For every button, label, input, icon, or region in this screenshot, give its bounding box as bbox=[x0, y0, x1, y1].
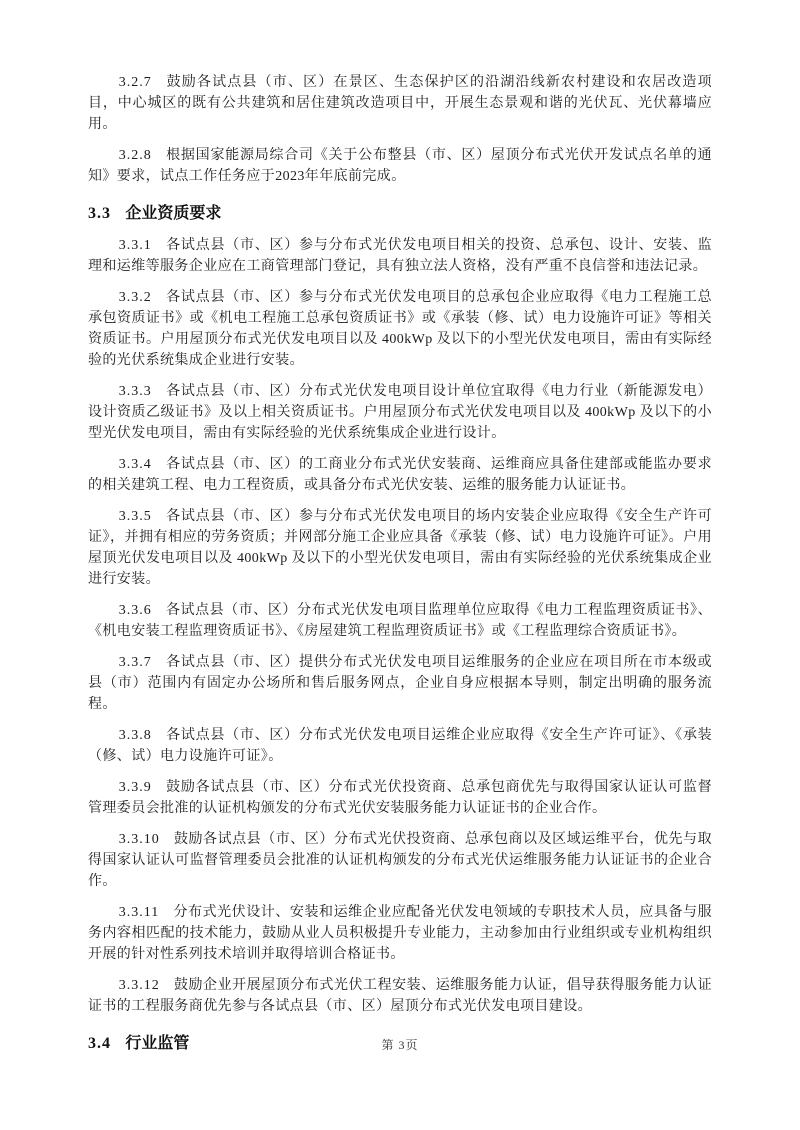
paragraph-3-3-4: 3.3.4各试点县（市、区）的工商业分布式光伏安装商、运维商应具备住建部或能监办… bbox=[88, 454, 712, 496]
section-number: 3.3.2 bbox=[119, 290, 152, 305]
paragraph-text: 各试点县（市、区）参与分布式光伏发电项目的总承包企业应取得《电力工程施工总承包资… bbox=[88, 290, 712, 368]
section-number: 3.3.7 bbox=[119, 655, 152, 670]
paragraph-3-3-5: 3.3.5各试点县（市、区）参与分布式光伏发电项目的场内安装企业应取得《安全生产… bbox=[88, 506, 712, 590]
document-page: { "document": { "blocks": [ { "type": "p… bbox=[0, 0, 800, 1130]
paragraph-3-3-9: 3.3.9鼓励各试点县（市、区）分布式光伏投资商、总承包商优先与取得国家认证认可… bbox=[88, 777, 712, 819]
section-number: 3.3.5 bbox=[119, 509, 152, 524]
section-number: 3.3.10 bbox=[119, 832, 160, 847]
paragraph-3-3-6: 3.3.6各试点县（市、区）分布式光伏发电项目监理单位应取得《电力工程监理资质证… bbox=[88, 600, 712, 642]
document-body: 3.2.7鼓励各试点县（市、区）在景区、生态保护区的沿湖沿线新农村建设和农居改造… bbox=[88, 72, 712, 1055]
paragraph-3-3-12: 3.3.12鼓励企业开展屋顶分布式光伏工程安装、运维服务能力认证，倡导获得服务能… bbox=[88, 975, 712, 1017]
section-number: 3.3.9 bbox=[119, 780, 152, 795]
section-number: 3.3.6 bbox=[119, 603, 152, 618]
section-number: 3.3.3 bbox=[119, 384, 152, 399]
page-number-footer: 第 3页 bbox=[0, 1036, 800, 1053]
paragraph-text: 鼓励各试点县（市、区）分布式光伏投资商、总承包商以及区域运维平台，优先与取得国家… bbox=[88, 832, 712, 889]
paragraph-3-3-2: 3.3.2各试点县（市、区）参与分布式光伏发电项目的总承包企业应取得《电力工程施… bbox=[88, 287, 712, 371]
paragraph-3-3-3: 3.3.3各试点县（市、区）分布式光伏发电项目设计单位宜取得《电力行业（新能源发… bbox=[88, 381, 712, 444]
paragraph-text: 各试点县（市、区）的工商业分布式光伏安装商、运维商应具备住建部或能监办要求的相关… bbox=[88, 457, 712, 493]
paragraph-3-3-11: 3.3.11分布式光伏设计、安装和运维企业应配备光伏发电领域的专职技术人员，应具… bbox=[88, 902, 712, 965]
paragraph-text: 各试点县（市、区）参与分布式光伏发电项目相关的投资、总承包、设计、安装、监理和运… bbox=[88, 238, 712, 274]
paragraph-text: 分布式光伏设计、安装和运维企业应配备光伏发电领域的专职技术人员，应具备与服务内容… bbox=[88, 905, 712, 962]
paragraph-text: 鼓励各试点县（市、区）分布式光伏投资商、总承包商优先与取得国家认证认可监督管理委… bbox=[88, 780, 712, 816]
section-number: 3.2.8 bbox=[119, 148, 152, 163]
paragraph-text: 各试点县（市、区）分布式光伏发电项目运维企业应取得《安全生产许可证》、《承装（修… bbox=[88, 728, 712, 764]
paragraph-text: 各试点县（市、区）分布式光伏发电项目监理单位应取得《电力工程监理资质证书》、《机… bbox=[88, 603, 712, 639]
paragraph-text: 各试点县（市、区）参与分布式光伏发电项目的场内安装企业应取得《安全生产许可证》，… bbox=[88, 509, 712, 587]
heading-text: 企业资质要求 bbox=[125, 205, 221, 222]
section-number: 3.3.11 bbox=[119, 905, 159, 920]
paragraph-text: 各试点县（市、区）分布式光伏发电项目设计单位宜取得《电力行业（新能源发电）设计资… bbox=[88, 384, 712, 441]
paragraph-3-2-7: 3.2.7鼓励各试点县（市、区）在景区、生态保护区的沿湖沿线新农村建设和农居改造… bbox=[88, 72, 712, 135]
paragraph-3-3-8: 3.3.8各试点县（市、区）分布式光伏发电项目运维企业应取得《安全生产许可证》、… bbox=[88, 725, 712, 767]
paragraph-3-3-7: 3.3.7各试点县（市、区）提供分布式光伏发电项目运维服务的企业应在项目所在市本… bbox=[88, 652, 712, 715]
section-number: 3.3.12 bbox=[119, 978, 160, 993]
section-heading-3-3: 3.3企业资质要求 bbox=[88, 203, 712, 225]
paragraph-text: 根据国家能源局综合司《关于公布整县（市、区）屋顶分布式光伏开发试点名单的通知》要… bbox=[88, 148, 712, 184]
section-number: 3.3.4 bbox=[119, 457, 152, 472]
paragraph-3-2-8: 3.2.8根据国家能源局综合司《关于公布整县（市、区）屋顶分布式光伏开发试点名单… bbox=[88, 145, 712, 187]
section-number: 3.3.8 bbox=[119, 728, 152, 743]
section-number: 3.2.7 bbox=[119, 75, 152, 90]
paragraph-3-3-10: 3.3.10鼓励各试点县（市、区）分布式光伏投资商、总承包商以及区域运维平台，优… bbox=[88, 829, 712, 892]
paragraph-text: 鼓励各试点县（市、区）在景区、生态保护区的沿湖沿线新农村建设和农居改造项目，中心… bbox=[88, 75, 712, 132]
paragraph-3-3-1: 3.3.1各试点县（市、区）参与分布式光伏发电项目相关的投资、总承包、设计、安装… bbox=[88, 235, 712, 277]
paragraph-text: 鼓励企业开展屋顶分布式光伏工程安装、运维服务能力认证，倡导获得服务能力认证证书的… bbox=[88, 978, 712, 1014]
section-number: 3.3.1 bbox=[119, 238, 152, 253]
paragraph-text: 各试点县（市、区）提供分布式光伏发电项目运维服务的企业应在项目所在市本级或县（市… bbox=[88, 655, 712, 712]
section-number: 3.3 bbox=[88, 205, 111, 222]
